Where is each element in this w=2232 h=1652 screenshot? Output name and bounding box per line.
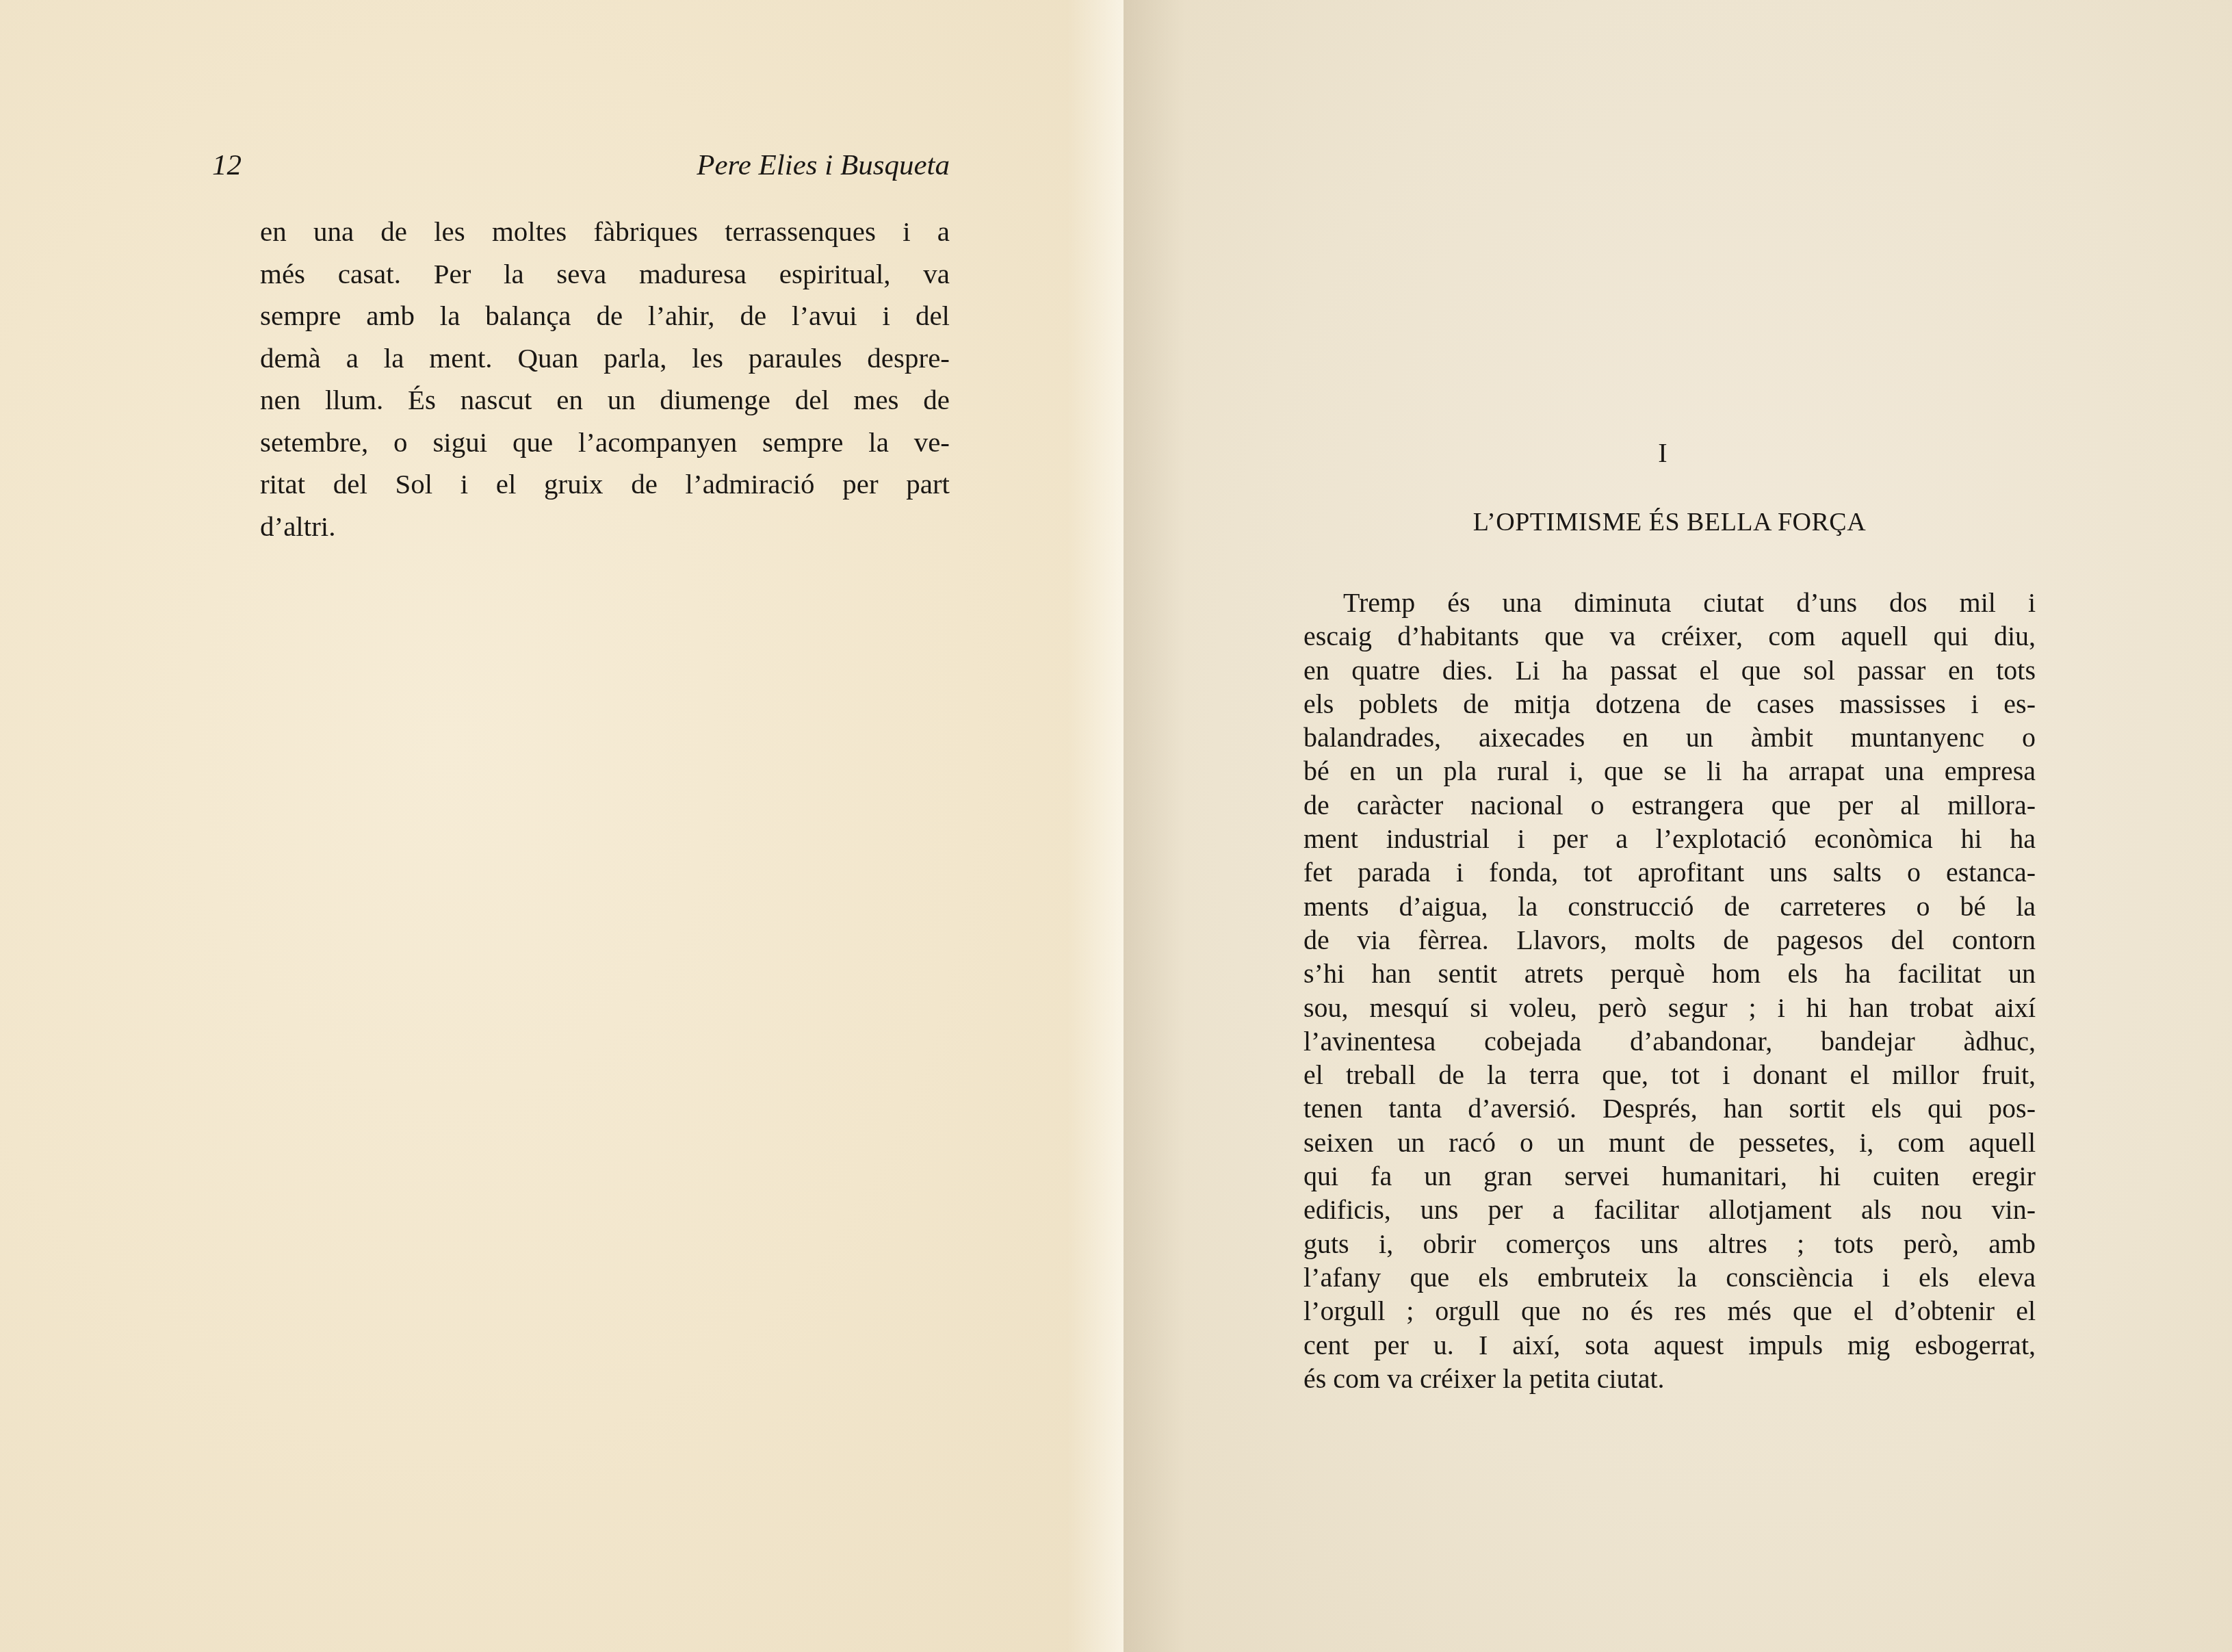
text-line: sempre amb la balança de l’ahir, de l’av… <box>260 295 950 337</box>
text-line: d’altri. <box>260 506 950 548</box>
text-line: de via fèrrea. Llavors, molts de pagesos… <box>1303 923 2036 957</box>
chapter-number: I <box>1594 433 1731 474</box>
text-line: més casat. Per la seva maduresa espiritu… <box>260 253 950 296</box>
text-line: en quatre dies. Li ha passat el que sol … <box>1303 654 2036 687</box>
text-line: l’afany que els embruteix la consciència… <box>1303 1261 2036 1294</box>
running-title: Pere Elies i Busqueta <box>697 145 950 186</box>
left-body-text: en una de les moltes fàbriques terrassen… <box>260 211 950 547</box>
text-line: nen llum. És nascut en un diumenge del m… <box>260 379 950 422</box>
gutter-shadow <box>1124 0 1185 1652</box>
text-line: cent per u. I així, sota aquest impuls m… <box>1303 1328 2036 1362</box>
text-line: balandrades, aixecades en un àmbit munta… <box>1303 721 2036 754</box>
page-number: 12 <box>212 145 242 186</box>
text-line: qui fa un gran servei humanitari, hi cui… <box>1303 1159 2036 1193</box>
text-line: setembre, o sigui que l’acompanyen sempr… <box>260 422 950 464</box>
text-line: sou, mesquí si voleu, però segur ; i hi … <box>1303 991 2036 1024</box>
text-line: el treball de la terra que, tot i donant… <box>1303 1058 2036 1092</box>
text-line: guts i, obrir comerços uns altres ; tots… <box>1303 1227 2036 1261</box>
text-line: Tremp és una diminuta ciutat d’uns dos m… <box>1303 586 2036 619</box>
text-line: de caràcter nacional o estrangera que pe… <box>1303 788 2036 822</box>
text-line: seixen un racó o un munt de pessetes, i,… <box>1303 1126 2036 1159</box>
gutter-highlight <box>1067 0 1124 1652</box>
text-line: bé en un pla rural i, que se li ha arrap… <box>1303 754 2036 788</box>
text-line: l’orgull ; orgull que no és res més que … <box>1303 1294 2036 1328</box>
text-line: és com va créixer la petita ciutat. <box>1303 1362 2036 1395</box>
text-line: fet parada i fonda, tot aprofitant uns s… <box>1303 855 2036 889</box>
text-line: tenen tanta d’aversió. Després, han sort… <box>1303 1092 2036 1125</box>
right-body-text: Tremp és una diminuta ciutat d’uns dos m… <box>1303 586 2036 1395</box>
running-head: 12 Pere Elies i Busqueta <box>212 145 950 186</box>
chapter-title: L’OPTIMISME ÉS BELLA FORÇA <box>1303 502 2036 543</box>
text-line: ritat del Sol i el gruix de l’admiració … <box>260 463 950 506</box>
text-line: ment industrial i per a l’explotació eco… <box>1303 822 2036 855</box>
text-line: edificis, uns per a facilitar allotjamen… <box>1303 1193 2036 1226</box>
text-line: ments d’aigua, la construcció de carrete… <box>1303 890 2036 923</box>
text-line: l’avinentesa cobejada d’abandonar, bande… <box>1303 1024 2036 1058</box>
text-line: s’hi han sentit atrets perquè hom els ha… <box>1303 957 2036 990</box>
text-line: demà a la ment. Quan parla, les paraules… <box>260 337 950 380</box>
text-line: els poblets de mitja dotzena de cases ma… <box>1303 687 2036 721</box>
text-line: en una de les moltes fàbriques terrassen… <box>260 211 950 253</box>
text-line: escaig d’habitants que va créixer, com a… <box>1303 619 2036 653</box>
